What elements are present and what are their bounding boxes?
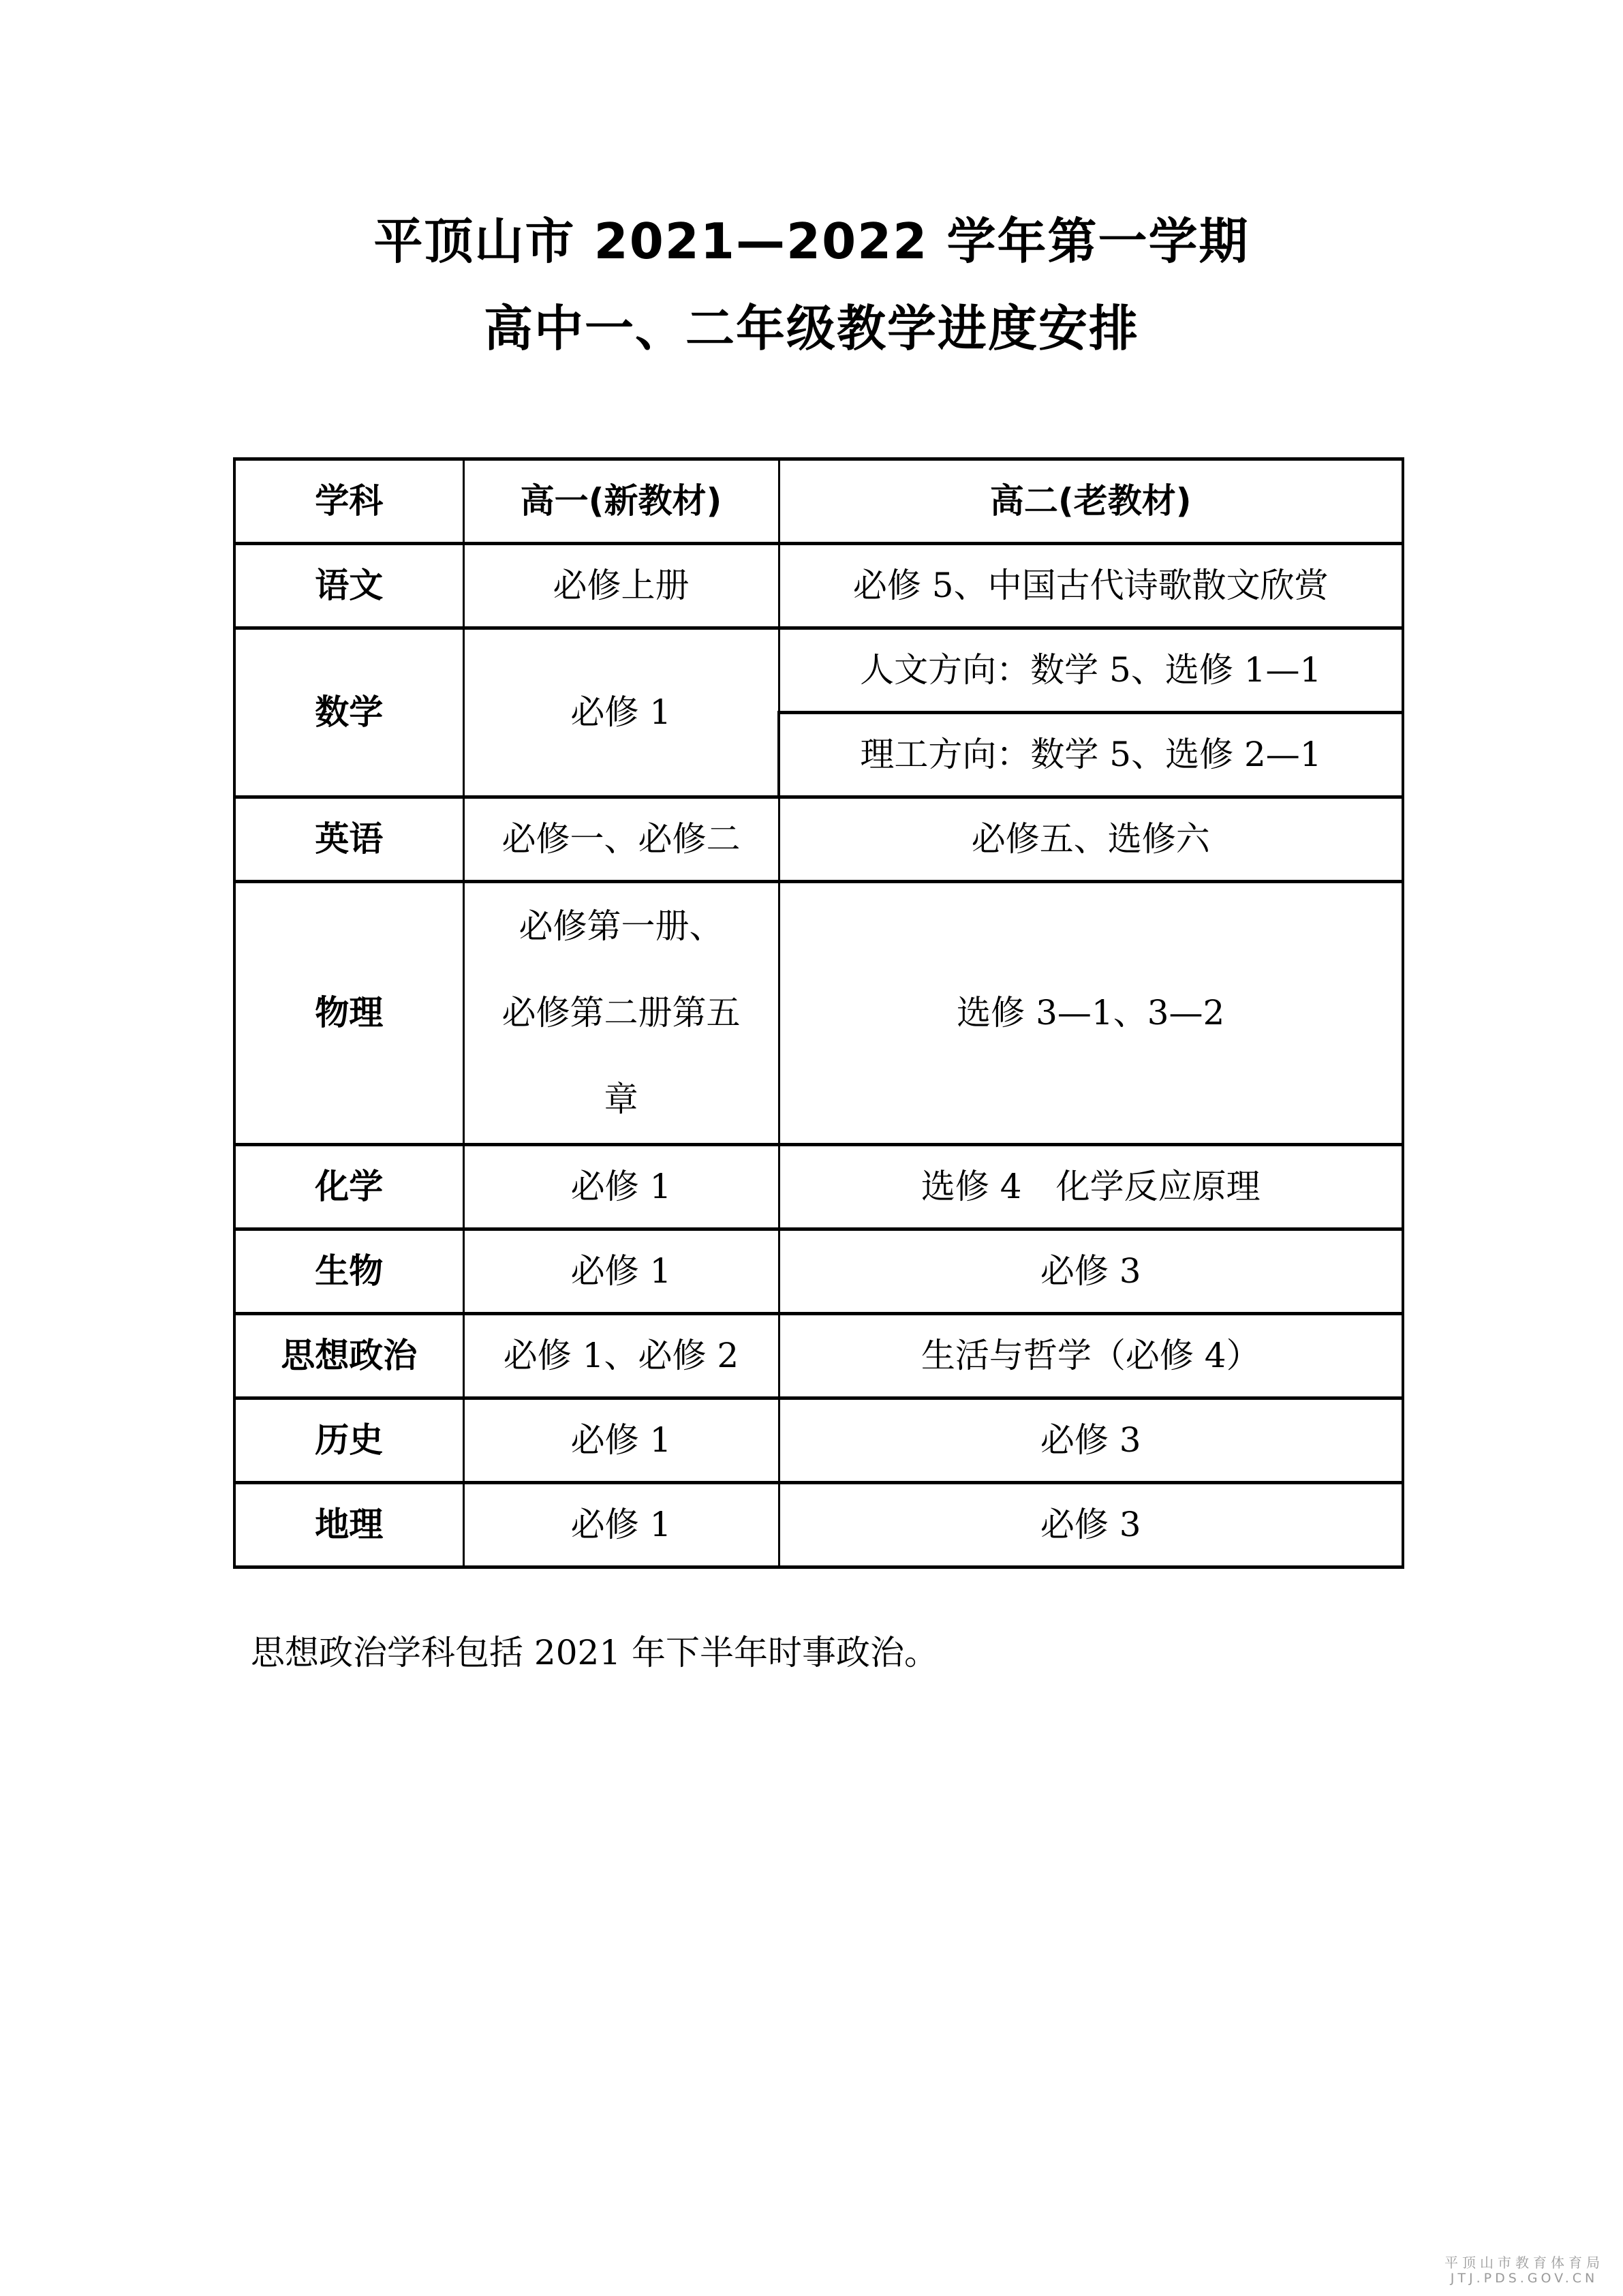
grade10-line: 章: [465, 1056, 778, 1143]
grade11-cell: 生活与哲学（必修 4）: [779, 1314, 1403, 1398]
grade11-cell: 必修 3: [779, 1229, 1403, 1314]
grade10-cell: 必修 1: [463, 1229, 779, 1314]
footnote: 思想政治学科包括 2021 年下半年时事政治。: [251, 1625, 938, 1674]
header-subject: 学科: [234, 459, 463, 544]
subject-cell: 地理: [234, 1483, 463, 1567]
table-row: 地理 必修 1 必修 3: [234, 1483, 1403, 1567]
grade11-cell-science: 理工方向：数学 5、选修 2—1: [779, 713, 1403, 797]
watermark: 平顶山市教育体育局 JTJ.PDS.GOV.CN: [1444, 2254, 1604, 2286]
table-row: 历史 必修 1 必修 3: [234, 1398, 1403, 1483]
subject-cell: 化学: [234, 1145, 463, 1229]
subject-cell: 语文: [234, 544, 463, 628]
table-header-row: 学科 高一(新教材) 高二(老教材): [234, 459, 1403, 544]
grade11-cell: 选修 3—1、3—2: [779, 882, 1403, 1145]
header-grade11: 高二(老教材): [779, 459, 1403, 544]
table-row: 思想政治 必修 1、必修 2 生活与哲学（必修 4）: [234, 1314, 1403, 1398]
subject-cell: 历史: [234, 1398, 463, 1483]
table-row: 生物 必修 1 必修 3: [234, 1229, 1403, 1314]
table-row: 英语 必修一、必修二 必修五、选修六: [234, 797, 1403, 882]
grade11-cell: 必修 3: [779, 1483, 1403, 1567]
watermark-org: 平顶山市教育体育局: [1444, 2254, 1604, 2271]
subject-cell: 思想政治: [234, 1314, 463, 1398]
grade10-cell: 必修 1: [463, 628, 779, 797]
grade10-cell: 必修 1、必修 2: [463, 1314, 779, 1398]
grade10-cell: 必修上册: [463, 544, 779, 628]
subject-cell: 数学: [234, 628, 463, 797]
grade11-cell: 选修 4 化学反应原理: [779, 1145, 1403, 1229]
grade10-cell: 必修 1: [463, 1483, 779, 1567]
subject-cell: 物理: [234, 882, 463, 1145]
table-row: 数学 必修 1 人文方向：数学 5、选修 1—1: [234, 628, 1403, 713]
grade11-cell: 必修 3: [779, 1398, 1403, 1483]
grade11-cell: 必修五、选修六: [779, 797, 1403, 882]
table-row: 语文 必修上册 必修 5、中国古代诗歌散文欣赏: [234, 544, 1403, 628]
grade10-cell: 必修第一册、 必修第二册第五 章: [463, 882, 779, 1145]
subject-cell: 生物: [234, 1229, 463, 1314]
grade11-cell: 必修 5、中国古代诗歌散文欣赏: [779, 544, 1403, 628]
grade11-cell-humanities: 人文方向：数学 5、选修 1—1: [779, 628, 1403, 713]
grade10-line: 必修第二册第五: [465, 970, 778, 1056]
subject-cell: 英语: [234, 797, 463, 882]
document-title-line2: 高中一、二年级教学进度安排: [0, 304, 1623, 353]
grade10-cell: 必修一、必修二: [463, 797, 779, 882]
grade10-line: 必修第一册、: [465, 883, 778, 970]
document-title-line1: 平顶山市 2021—2022 学年第一学期: [0, 217, 1623, 266]
grade10-cell: 必修 1: [463, 1145, 779, 1229]
table-row: 物理 必修第一册、 必修第二册第五 章 选修 3—1、3—2: [234, 882, 1403, 1145]
watermark-url: JTJ.PDS.GOV.CN: [1444, 2271, 1604, 2286]
teaching-schedule-table: 学科 高一(新教材) 高二(老教材) 语文 必修上册 必修 5、中国古代诗歌散文…: [233, 457, 1404, 1569]
header-grade10: 高一(新教材): [463, 459, 779, 544]
grade10-cell: 必修 1: [463, 1398, 779, 1483]
table-row: 化学 必修 1 选修 4 化学反应原理: [234, 1145, 1403, 1229]
